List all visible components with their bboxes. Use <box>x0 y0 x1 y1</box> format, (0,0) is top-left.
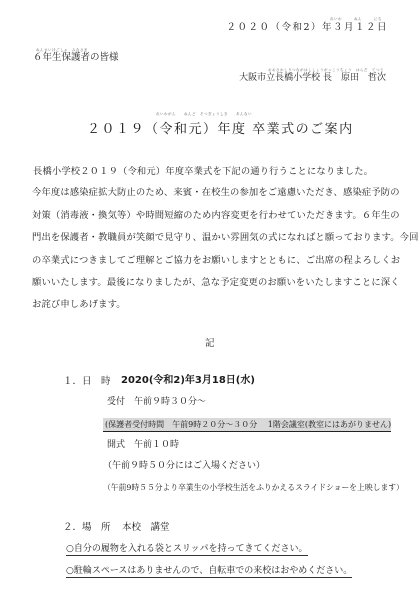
recipient-ruby: ねんせいほごしゃ みなさま <box>36 48 88 53</box>
reception-time: 受付 午前９時３０分～ <box>107 397 206 408</box>
body-line: 門出を保護者・教職員が笑顔で見守り、温かい雰囲気の式になればと願っております。今… <box>32 229 419 243</box>
ki-heading: 記 <box>205 338 215 349</box>
title-ruby: れいわがん ねんど そつぎょうしき あんない <box>156 112 252 117</box>
entry-note: （午前９時５０分にはご入場ください） <box>103 461 265 472</box>
location-label: ２．場 所 <box>63 522 111 533</box>
slideshow-note: （午前9時５５分より卒業生の小学校生活をふりかえるスライドショーを上映します） <box>103 482 404 493</box>
shoe-bag-note: ○自分の履物を入れる袋とスリッパを持ってきてください。 <box>66 544 308 556</box>
body-line: の卒業式につきましてご理解とご協力をお願いしますとともに、ご出席の程よろしくお <box>32 252 400 266</box>
body-line: 今年度は感染症拡大防止のため、来賓・在校生の参加をご遠慮いただき、感染症予防の <box>32 184 400 198</box>
sender-ruby: おおさかしりつながはししょうがっこうちょう はらだ てつじ <box>268 68 384 73</box>
opening-time: 開式 午前１０時 <box>107 440 179 451</box>
datetime-value: 2020(令和2)年3月18日(水) <box>121 375 255 386</box>
page-title: ２０１９（令和元）年度 卒業式のご案内 <box>87 118 354 137</box>
no-bicycle-note: ○駐輪スペースはありませんので、自転車での来校はおやめください。 <box>66 566 352 578</box>
body-line: 長橋小学校２０１９（令和元）年度卒業式を下記の通り行うことになりました。 <box>33 163 373 177</box>
location-value: 本校 講堂 <box>122 522 170 533</box>
datetime-label: １．日 時 <box>63 376 111 387</box>
date: ２０２０（令和2）年３月１２日 <box>226 22 388 33</box>
body-line: 対策（消毒液・換気等）や時間短縮のため内容変更を行わせていただきます。６年生の <box>32 207 400 221</box>
sender: 大阪市立長橋小学校 長 原田 哲次 <box>239 73 386 84</box>
body-line: 願いいたします。最後になりましたが、急な予定変更のお願いをいたしますことに深く <box>32 274 400 288</box>
date-ruby: れいわ ねん にち <box>330 17 382 22</box>
body-line: お詫び申しあげます。 <box>32 296 126 310</box>
guardian-reception-note: (保護者受付時間 午前9時２０分～３０分 1階会議室(教室にはあがりません)) <box>103 418 391 432</box>
recipient: ６年生保護者の皆様 <box>33 52 119 63</box>
